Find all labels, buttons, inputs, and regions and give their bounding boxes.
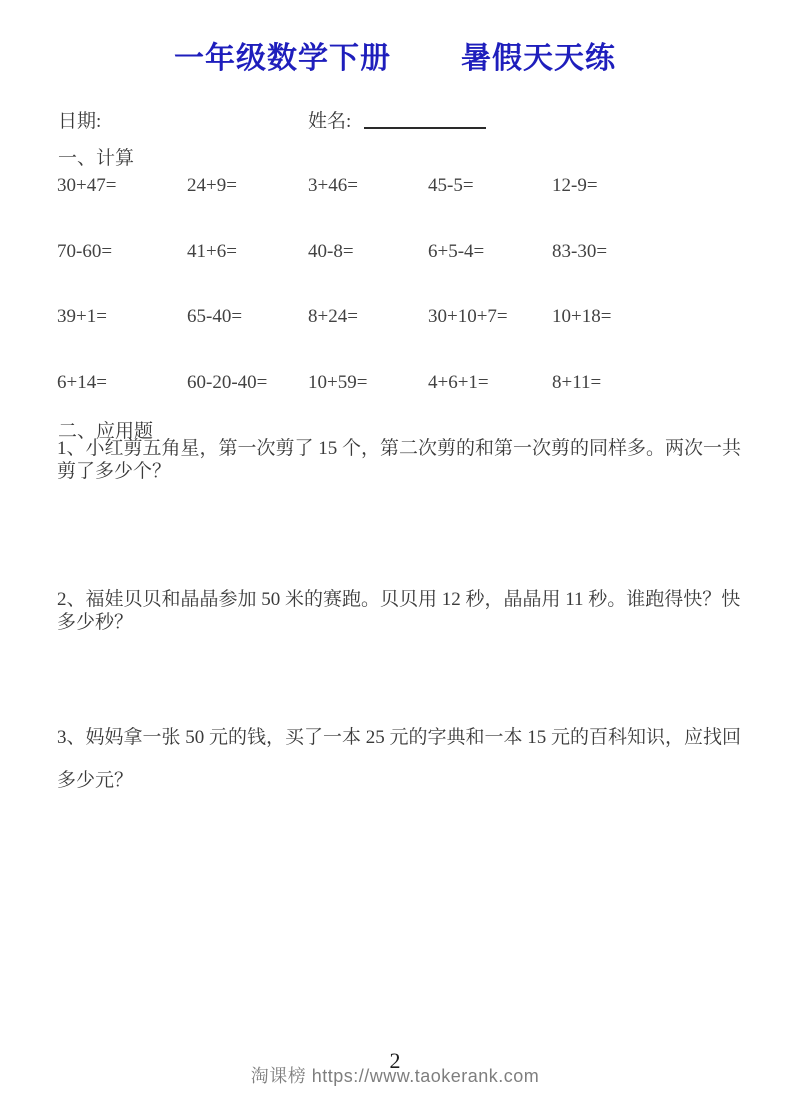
calc-problem: 8+24=: [308, 306, 428, 372]
name-label: 姓名:: [308, 106, 351, 133]
word-problem-2: 2、福娃贝贝和晶晶参加 50 米的赛跑。贝贝用 12 秒，晶晶用 11 秒。谁跑…: [57, 589, 740, 634]
calc-problem: 70-60=: [57, 241, 187, 307]
word-problem-1-line-1: 1、小红剪五角星，第一次剪了 15 个，第二次剪的和第一次剪的同样多。两次一共: [57, 438, 741, 461]
name-blank-line: [364, 106, 486, 129]
calc-problem: 83-30=: [552, 241, 702, 307]
word-problem-3: 3、妈妈拿一张 50 元的钱，买了一本 25 元的字典和一本 15 元的百科知识…: [57, 727, 741, 792]
date-label: 日期:: [58, 106, 101, 133]
calc-problem: 40-8=: [308, 241, 428, 307]
title-part-practice: 暑假天天练: [461, 33, 616, 77]
calc-problem: 4+6+1=: [428, 372, 552, 438]
meta-row: 日期: 姓名:: [0, 106, 790, 134]
calc-problem: 41+6=: [187, 241, 308, 307]
calc-problem: 39+1=: [57, 306, 187, 372]
calc-problem: 65-40=: [187, 306, 308, 372]
word-problem-1-line-2: 剪了多少个？: [57, 461, 741, 484]
calc-problem: 12-9=: [552, 175, 702, 241]
title-part-grade: 一年级数学下册: [174, 33, 391, 77]
calc-problem: 10+59=: [308, 372, 428, 438]
calc-problem: 10+18=: [552, 306, 702, 372]
calculation-grid: 30+47= 24+9= 3+46= 45-5= 12-9= 70-60= 41…: [57, 175, 702, 437]
calc-problem: 3+46=: [308, 175, 428, 241]
calc-problem: 8+11=: [552, 372, 702, 438]
calc-problem: 6+5-4=: [428, 241, 552, 307]
calc-problem: 30+47=: [57, 175, 187, 241]
calc-problem: 60-20-40=: [187, 372, 308, 438]
word-problem-2-line-1: 2、福娃贝贝和晶晶参加 50 米的赛跑。贝贝用 12 秒，晶晶用 11 秒。谁跑…: [57, 589, 740, 612]
calc-problem: 45-5=: [428, 175, 552, 241]
word-problem-3-line-2: 多少元？: [57, 770, 741, 793]
calc-problem: 30+10+7=: [428, 306, 552, 372]
calc-problem: 24+9=: [187, 175, 308, 241]
watermark-text: 淘课榜 https://www.taokerank.com: [0, 1062, 790, 1088]
worksheet-page: 一年级数学下册 暑假天天练 日期: 姓名: 一、计算 30+47= 24+9= …: [0, 0, 790, 1118]
word-problem-1: 1、小红剪五角星，第一次剪了 15 个，第二次剪的和第一次剪的同样多。两次一共 …: [57, 438, 741, 483]
section1-heading: 一、计算: [58, 143, 134, 170]
worksheet-title: 一年级数学下册 暑假天天练: [0, 33, 790, 77]
word-problem-2-line-2: 多少秒？: [57, 612, 740, 635]
word-problem-3-line-1: 3、妈妈拿一张 50 元的钱，买了一本 25 元的字典和一本 15 元的百科知识…: [57, 727, 741, 750]
